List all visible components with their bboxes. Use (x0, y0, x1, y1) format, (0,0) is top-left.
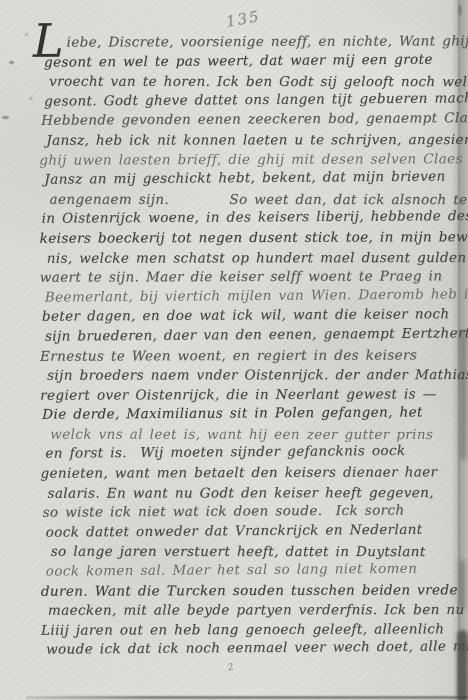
manuscript-line: Die derde, Maximilianus sit in Polen gef… (42, 404, 454, 426)
manuscript-line: nis, welcke men schatst op hundert mael … (47, 250, 459, 270)
manuscript-line: sijn bruederen, daer van den eenen, gena… (45, 325, 457, 348)
manuscript-line: Hebbende gevonden eenen zeeckeren bod, g… (41, 111, 453, 133)
manuscript-line: Jansz an mij geschickt hebt, bekent, dat… (44, 169, 456, 192)
ink-speck (9, 61, 14, 64)
manuscript-line: sijn broeders naem vnder Oistenrijck. de… (47, 367, 459, 387)
manuscript-text-block: Liebe, Discrete, voorsienige neeff, en n… (39, 33, 453, 661)
manuscript-line: Jansz, heb ick nit konnen laeten u te sc… (46, 132, 458, 152)
folio-page-number: 135 (225, 7, 262, 31)
ink-speck (25, 33, 28, 36)
manuscript-line: oock komen sal. Maer het sal so lang nie… (46, 560, 458, 583)
page-edge-bottom (26, 696, 468, 699)
manuscript-line: gesont en wel te pas weert, dat waer mij… (44, 51, 456, 74)
manuscript-line: duren. Want die Turcken souden tusschen … (41, 582, 453, 603)
ink-speck (29, 97, 33, 100)
manuscript-line: en forst is. Wij moeten sijnder gefanckn… (45, 443, 457, 466)
ink-speck (2, 116, 9, 119)
manuscript-line: keisers boeckerij tot negen dusent stick… (40, 229, 452, 250)
manuscript-line: woude ick dat ick noch eenmael veer wech… (46, 639, 458, 662)
manuscript-line: maecken, mit alle beyde partyen verderfn… (48, 602, 460, 622)
manuscript-page: 135 Liebe, Discrete, voorsienige neeff, … (0, 0, 468, 700)
manuscript-line: genieten, want men betaelt den keisers d… (40, 464, 452, 485)
manuscript-line: Ernestus te Ween woent, en regiert in de… (40, 347, 452, 368)
margin-mark: 2 (227, 663, 235, 674)
ink-speck (458, 5, 462, 16)
manuscript-line: in Oistenrijck woene, in des keisers lib… (41, 209, 453, 231)
manuscript-line: oock dattet onweder dat Vranckrijck en N… (46, 521, 458, 544)
